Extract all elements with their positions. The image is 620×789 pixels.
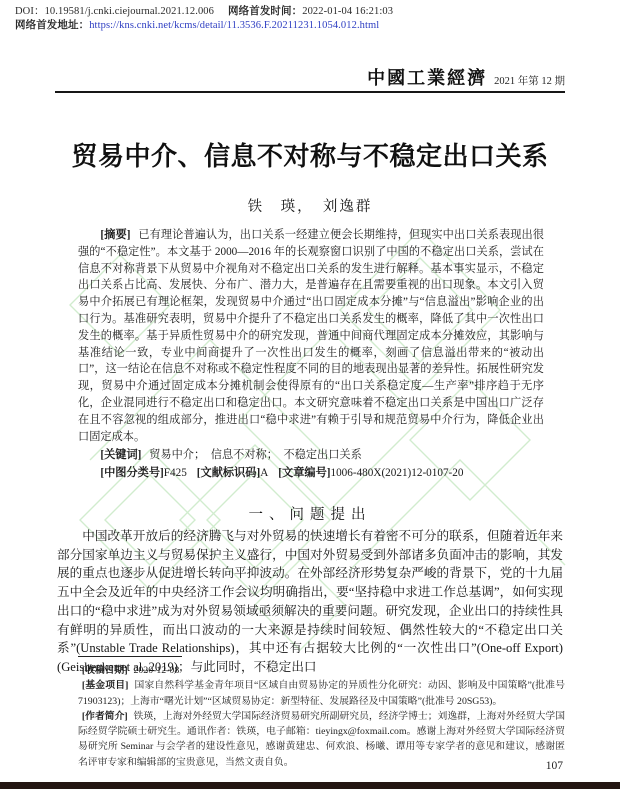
abstract-label: [摘要] [100,229,130,241]
received-date-line: [收稿日期]2020-12-08 [78,663,565,678]
online-url-line: 网络首发地址：https://kns.cnki.net/kcms/detail/… [15,19,393,33]
funding-label: [基金项目] [82,680,129,691]
doc-code-label: [文献标识码] [197,467,260,479]
clc-label: [中图分类号] [100,467,163,479]
doi-label: DOI： [15,6,45,17]
section-heading: 一、问题提出 [0,503,620,524]
doi-line: DOI：10.19581/j.cnki.ciejournal.2021.12.0… [15,5,393,19]
page-number: 107 [546,760,563,772]
online-url-link[interactable]: https://kns.cnki.net/kcms/detail/11.3536… [89,20,379,31]
article-authors: 铁 瑛， 刘逸群 [0,195,620,216]
online-url-label: 网络首发地址： [15,20,89,31]
paper-page: DOI：10.19581/j.cnki.ciejournal.2021.12.0… [0,0,620,789]
article-id-label: [文章编号] [278,467,330,479]
received-date-value: 2020-12-08 [134,665,180,676]
header-rule [55,91,565,93]
footnotes-block: [收稿日期]2020-12-08 [基金项目]国家自然科学基金青年项目“区域自由… [78,663,565,770]
doi-value: 10.19581/j.cnki.ciejournal.2021.12.006 [45,6,214,17]
abstract-paragraph: [摘要]已有理论普遍认为，出口关系一经建立便会长期维持，但现实中出口关系表现出很… [78,227,544,445]
clc-value: F425 [164,467,187,479]
funding-text: 国家自然科学基金青年项目“区域自由贸易协定的异质性分化研究：动因、影响及中国策略… [78,680,565,706]
article-id-value: 1006-480X(2021)12-0107-20 [330,467,463,479]
classification-line: [中图分类号]F425[文献标识码]A[文章编号]1006-480X(2021)… [78,464,544,480]
body-text: 中国改革开放后的经济腾飞与对外贸易的快速增长有着密不可分的联系，但随着近年来部分… [57,527,563,677]
footnote-divider [78,656,182,657]
abstract-block: [摘要]已有理论普遍认为，出口关系一经建立便会长期维持，但现实中出口关系表现出很… [78,227,544,445]
author-bio-text: 铁瑛，上海对外经贸大学国际经济贸易研究所副研究员，经济学博士；刘逸群，上海对外经… [78,711,565,768]
author-bio-label: [作者简介] [82,711,128,722]
abstract-text: 已有理论普遍认为，出口关系一经建立便会长期维持，但现实中出口关系表现出很强的“不… [78,229,544,443]
online-time-value: 2022-01-04 16:21:03 [302,6,393,17]
funding-line: [基金项目]国家自然科学基金青年项目“区域自由贸易协定的异质性分化研究：动因、影… [78,678,565,709]
body-paragraph: 中国改革开放后的经济腾飞与对外贸易的快速增长有着密不可分的联系，但随着近年来部分… [57,527,563,677]
journal-name: 中國工業經濟 [367,68,487,88]
online-time-label: 网络首发时间： [228,6,302,17]
keywords-line: [关键词]贸易中介； 信息不对称； 不稳定出口关系 [78,446,544,462]
author-bio-line: [作者简介]铁瑛，上海对外经贸大学国际经济贸易研究所副研究员，经济学博士；刘逸群… [78,709,565,770]
doc-code-value: A [260,467,268,479]
received-date-label: [收稿日期] [82,665,128,676]
online-first-meta: DOI：10.19581/j.cnki.ciejournal.2021.12.0… [15,5,393,33]
bottom-bar [0,782,620,789]
journal-header: 中國工業經濟2021 年第 12 期 [367,64,565,90]
journal-issue: 2021 年第 12 期 [494,76,565,87]
keywords-label: [关键词] [100,449,141,461]
article-title: 贸易中介、信息不对称与不稳定出口关系 [0,136,620,173]
keywords-text: 贸易中介； 信息不对称； 不稳定出口关系 [149,449,362,461]
